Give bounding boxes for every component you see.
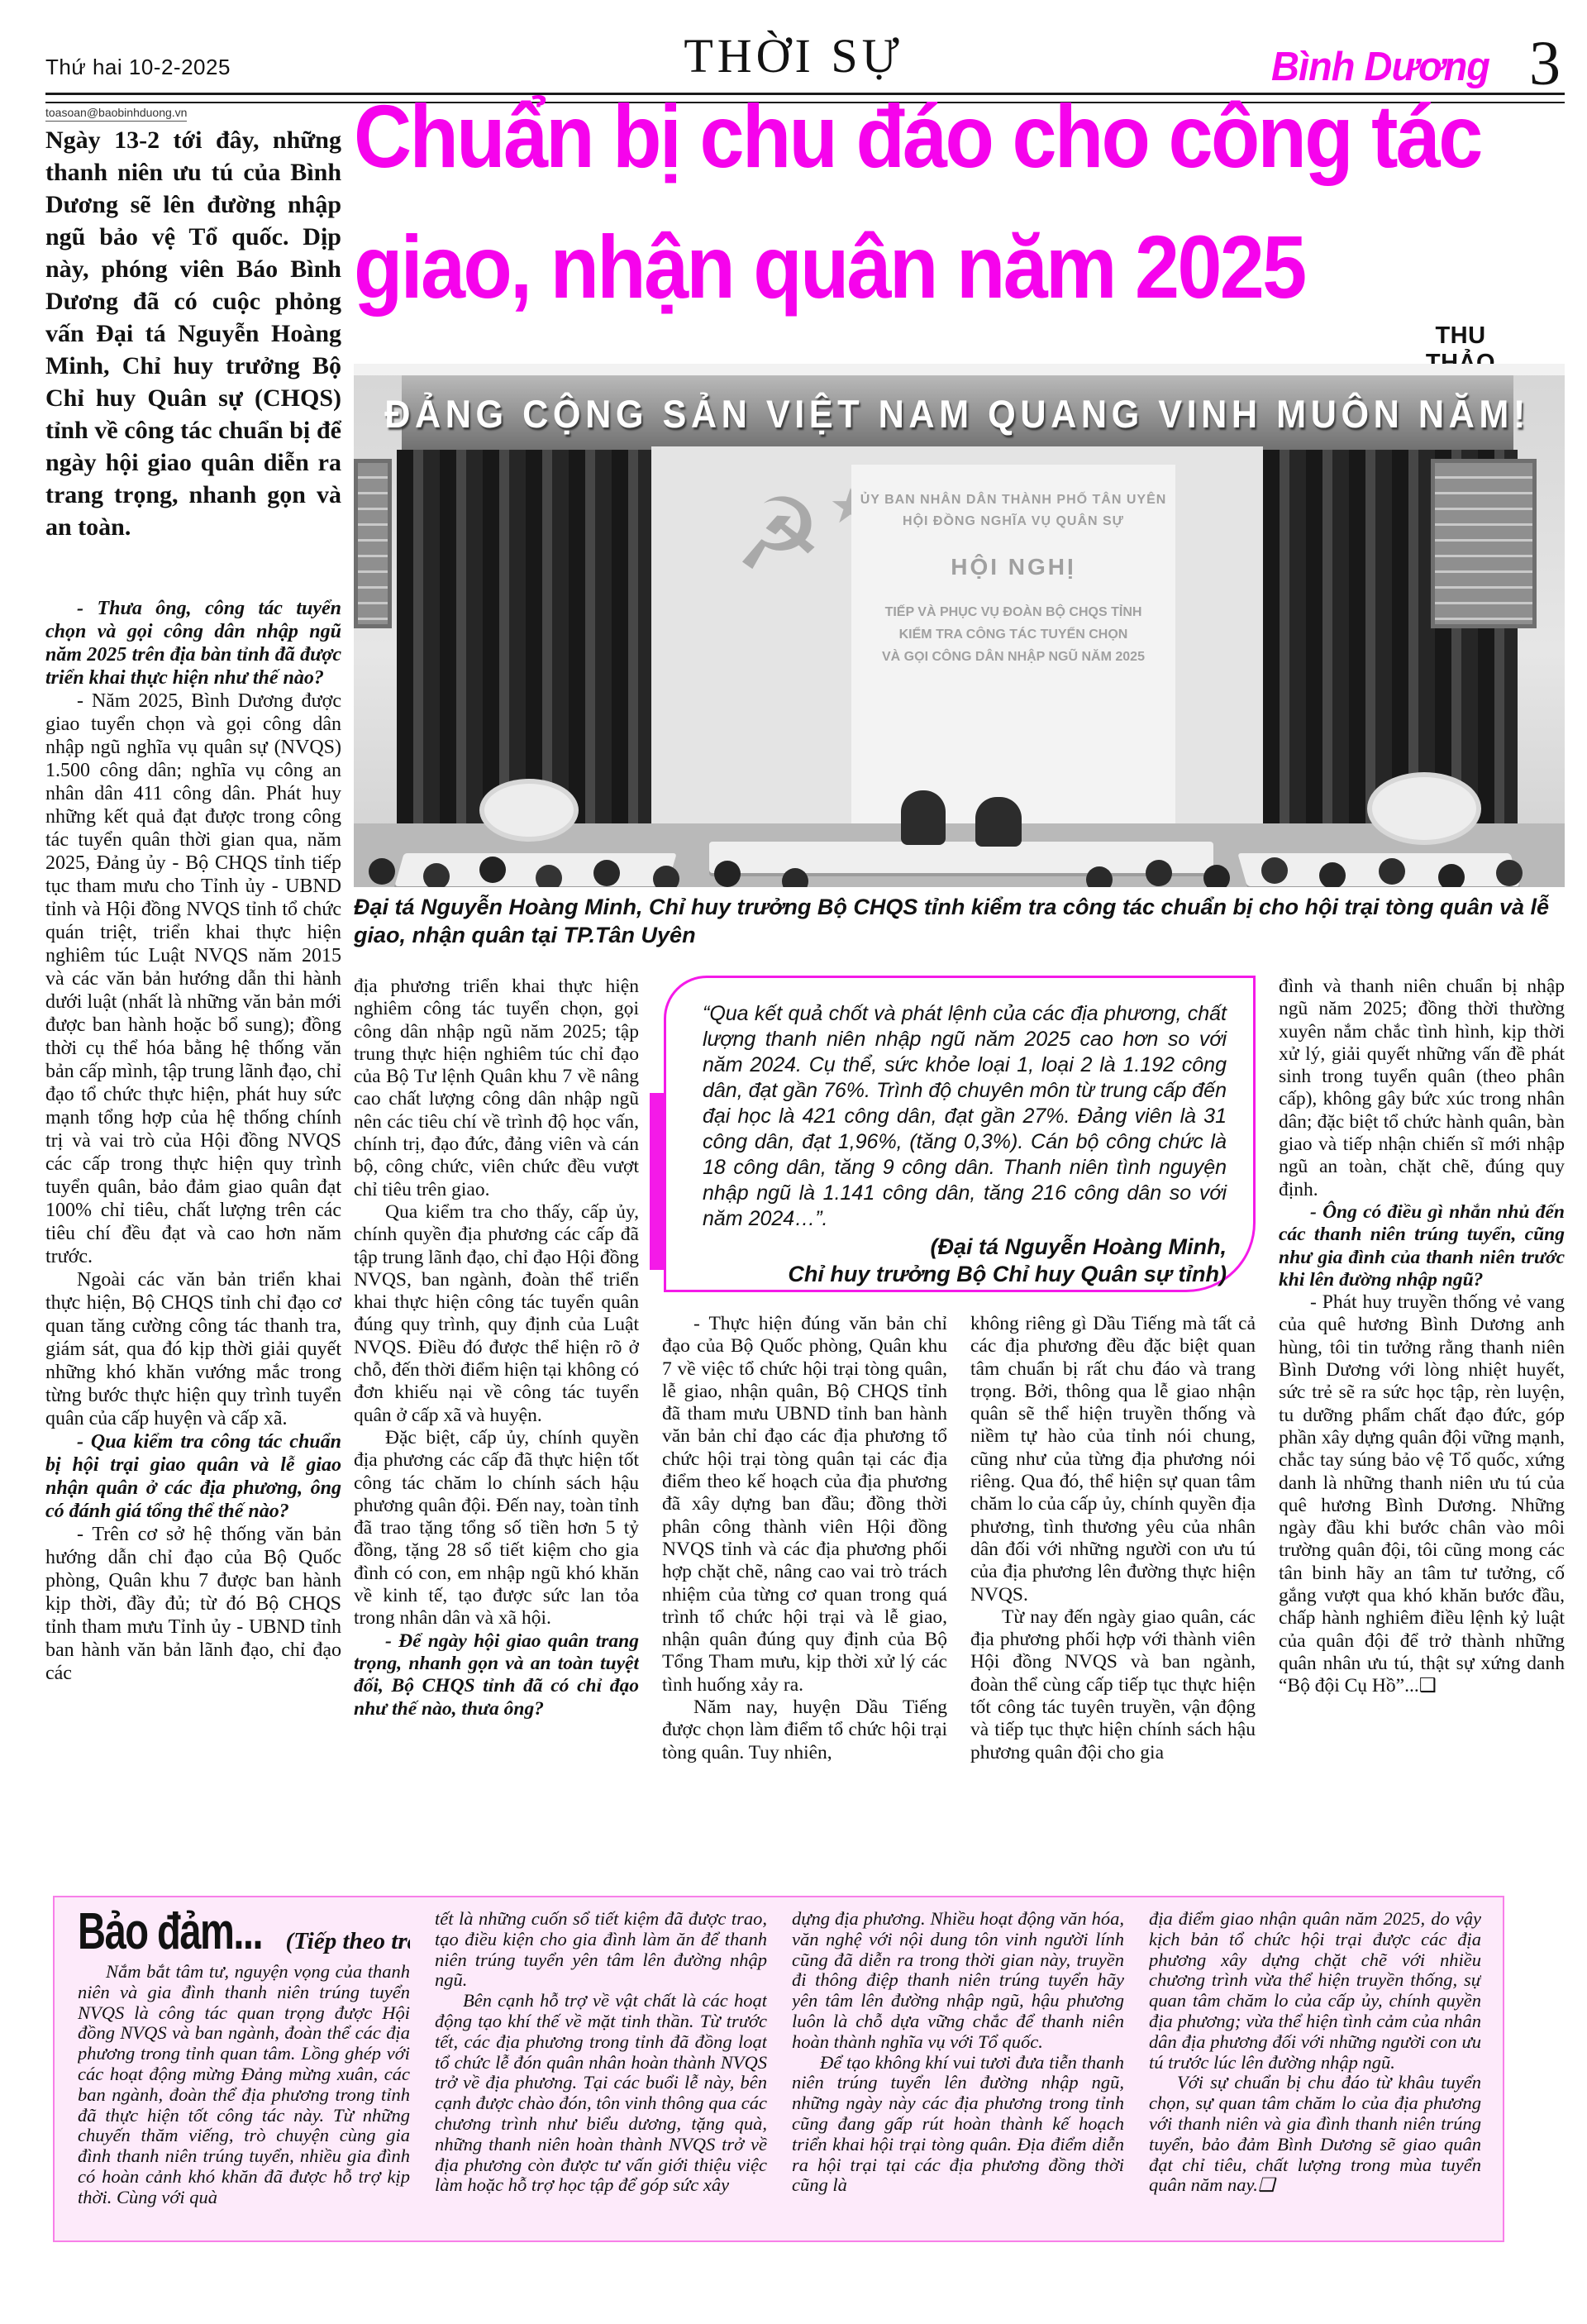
paragraph: Từ nay đến ngày giao quân, các địa phươn…	[970, 1606, 1256, 1764]
paragraph: - Trên cơ sở hệ thống văn bản hướng dẫn …	[45, 1523, 341, 1685]
paragraph: Qua kiểm tra cho thấy, cấp ủy, chính quy…	[354, 1201, 639, 1427]
interview-question: - Thưa ông, công tác tuyển chọn và gọi c…	[45, 597, 341, 690]
photo-caption: Đại tá Nguyễn Hoàng Minh, Chỉ huy trưởng…	[354, 893, 1565, 949]
paragraph: Năm nay, huyện Dầu Tiếng được chọn làm đ…	[662, 1696, 947, 1764]
paragraph: Ngoài các văn bản triển khai thực hiện, …	[45, 1268, 341, 1430]
backdrop-screen: ỦY BAN NHÂN DÂN THÀNH PHỐ TÂN UYÊN HỘI Đ…	[851, 465, 1175, 838]
paragraph: Nắm bắt tâm tư, nguyện vọng của thanh ni…	[78, 1962, 410, 2208]
hammer-sickle-icon: ☭	[734, 486, 823, 585]
presidium-table	[709, 842, 1213, 873]
banner-text: ĐẢNG CỘNG SẢN VIỆT NAM QUANG VINH MUÔN N…	[385, 391, 1531, 437]
delegate-table-right	[1237, 853, 1519, 886]
attribution-line-2: Chỉ huy trưởng Bộ Chỉ huy Quân sự tỉnh)	[703, 1261, 1227, 1288]
article-column-4: không riêng gì Dầu Tiếng mà tất cả các đ…	[970, 1313, 1256, 1880]
delegate-table-left	[394, 853, 676, 886]
interview-question: - Để ngày hội giao quân trang trọng, nha…	[354, 1630, 639, 1720]
paragraph: Đặc biệt, cấp ủy, chính quyền địa phương…	[354, 1427, 639, 1630]
continuation-column-3: dựng địa phương. Nhiều hoạt động văn hóa…	[792, 1909, 1124, 2229]
officer-figure	[975, 797, 1022, 847]
paragraph: đình và thanh niên chuẩn bị nhập ngũ năm…	[1279, 976, 1565, 1201]
headline-line-1: Chuẩn bị chu đáo cho công tác	[354, 71, 1447, 202]
article-headline: Chuẩn bị chu đáo cho công tác giao, nhận…	[354, 71, 1569, 332]
pull-quote-text: “Qua kết quả chốt và phát lệnh của các đ…	[703, 1001, 1227, 1232]
party-slogan-banner: ĐẢNG CỘNG SẢN VIỆT NAM QUANG VINH MUÔN N…	[402, 375, 1513, 451]
paragraph: - Thực hiện đúng văn bản chỉ đạo của Bộ …	[662, 1313, 947, 1696]
attribution-line-1: (Đại tá Nguyễn Hoàng Minh,	[703, 1234, 1227, 1261]
continuation-story-box: Bảo đảm... (Tiếp theo trang 1) Nắm bắt t…	[53, 1896, 1504, 2242]
article-column-5: đình và thanh niên chuẩn bị nhập ngũ năm…	[1279, 976, 1565, 1880]
audience-heads	[369, 858, 395, 885]
paragraph: không riêng gì Dầu Tiếng mà tất cả các đ…	[970, 1313, 1256, 1606]
continuation-header: Bảo đảm... (Tiếp theo trang 1)	[78, 1909, 410, 1955]
pull-quote-attribution: (Đại tá Nguyễn Hoàng Minh, Chỉ huy trưởn…	[703, 1234, 1227, 1288]
paragraph: Với sự chuẩn bị chu đáo từ khâu tuyển ch…	[1149, 2073, 1481, 2196]
backdrop-line: VÀ GỌI CÔNG DÂN NHẬP NGŨ NĂM 2025	[851, 650, 1175, 665]
paragraph: Bên cạnh hỗ trợ về vật chất là các hoạt …	[435, 1991, 767, 2196]
paragraph: - Phát huy truyền thống vẻ vang của quê …	[1279, 1291, 1565, 1697]
editorial-email: toasoan@baobinhduong.vn	[45, 106, 187, 122]
pull-quote-box: “Qua kết quả chốt và phát lệnh của các đ…	[664, 976, 1256, 1292]
backdrop-line: KIỂM TRA CÔNG TÁC TUYỂN CHỌN	[851, 628, 1175, 642]
paragraph: địa phương triển khai thực hiện nghiêm c…	[354, 976, 639, 1201]
continuation-column-2: tết là những cuốn sổ tiết kiệm đã được t…	[435, 1909, 767, 2229]
interview-question: - Qua kiểm tra công tác chuẩn bị hội trạ…	[45, 1430, 341, 1523]
continuation-column-1: Bảo đảm... (Tiếp theo trang 1) Nắm bắt t…	[78, 1909, 410, 2229]
paragraph: Để tạo không khí vui tươi đưa tiễn thanh…	[792, 2053, 1124, 2197]
officer-figure	[901, 790, 946, 845]
backdrop-line: HỘI ĐỒNG NGHĨA VỤ QUÂN SỰ	[851, 514, 1175, 529]
article-lede: Ngày 13-2 tới đây, những thanh niên ưu t…	[45, 124, 341, 591]
article-column-1: - Thưa ông, công tác tuyển chọn và gọi c…	[45, 597, 341, 1880]
conference-photo: ĐẢNG CỘNG SẢN VIỆT NAM QUANG VINH MUÔN N…	[354, 364, 1565, 887]
backdrop-line: TIẾP VÀ PHỤC VỤ ĐOÀN BỘ CHQS TỈNH	[851, 605, 1175, 620]
newspaper-page: { "colors": { "headline_magenta": "#f603…	[0, 0, 1587, 2324]
quote-accent-bar	[650, 1093, 665, 1270]
flower-arrangement-left	[484, 784, 574, 837]
continuation-column-4: địa điểm giao nhận quân năm 2025, do vậy…	[1149, 1909, 1481, 2229]
interview-question: - Ông có điều gì nhắn nhủ đến các thanh …	[1279, 1201, 1565, 1291]
backdrop-line: HỘI NGHỊ	[851, 554, 1175, 580]
article-column-3: - Thực hiện đúng văn bản chỉ đạo của Bộ …	[662, 1313, 947, 1880]
article-column-2: địa phương triển khai thực hiện nghiêm c…	[354, 976, 639, 1880]
flower-arrangement-right	[1372, 777, 1476, 840]
stage-backdrop: ☭ ★ ỦY BAN NHÂN DÂN THÀNH PHỐ TÂN UYÊN H…	[651, 446, 1263, 845]
paragraph: - Năm 2025, Bình Dương được giao tuyển c…	[45, 690, 341, 1268]
paragraph: địa điểm giao nhận quân năm 2025, do vậy…	[1149, 1909, 1481, 2073]
backdrop-line: ỦY BAN NHÂN DÂN THÀNH PHỐ TÂN UYÊN	[851, 493, 1175, 508]
continuation-note: (Tiếp theo trang 1)	[286, 1927, 410, 1955]
headline-line-2: giao, nhận quân năm 2025	[354, 202, 1447, 332]
paragraph: tết là những cuốn sổ tiết kiệm đã được t…	[435, 1909, 767, 1991]
paragraph: dựng địa phương. Nhiều hoạt động văn hóa…	[792, 1909, 1124, 2053]
continuation-title: Bảo đảm...	[78, 1909, 262, 1955]
wall-quote-board-right	[1431, 459, 1537, 628]
wall-quote-board-left	[354, 459, 392, 628]
photo-ceiling	[354, 364, 1565, 375]
